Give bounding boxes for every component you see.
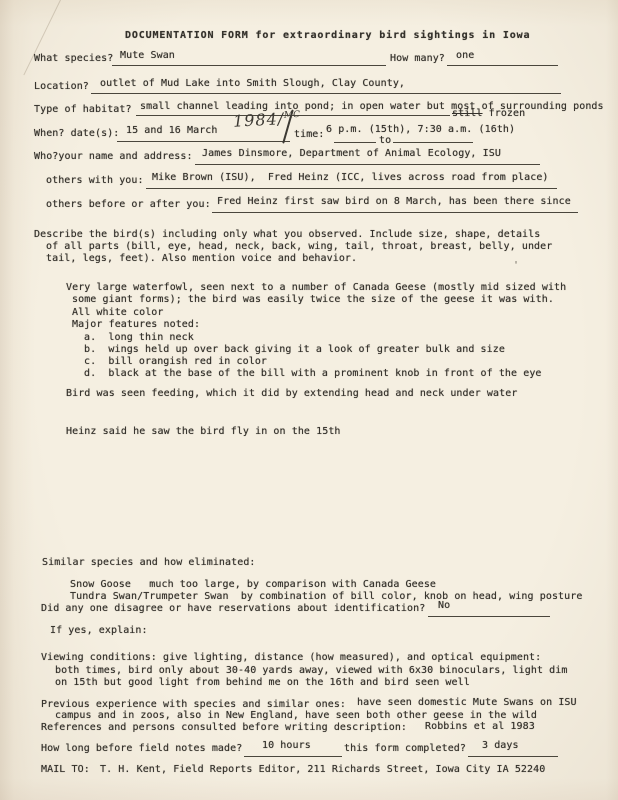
time-label: time:: [294, 129, 325, 140]
form-title: DOCUMENTATION FORM for extraordinary bir…: [125, 30, 530, 41]
field-notes-value: 10 hours: [262, 740, 311, 751]
habitat-value-overflow: still frozen: [452, 108, 525, 119]
date-value: 15 and 16 March: [126, 125, 218, 136]
time-to-label: to: [379, 135, 391, 146]
others-with-you-label: others with you:: [46, 175, 144, 186]
description-feature-a: a. long thin neck: [84, 332, 194, 343]
who-underline: [195, 164, 540, 165]
others-with-you-value: Mike Brown (ISU), Fred Heinz (ICC, lives…: [152, 172, 549, 183]
habitat-overflow-word: frozen: [483, 108, 526, 119]
when-label: When? date(s):: [34, 128, 119, 139]
species-value: Mute Swan: [120, 50, 175, 61]
field-notes-label: How long before field notes made?: [41, 743, 242, 754]
similar-species-line-1: Snow Goose much too large, by comparison…: [70, 579, 436, 590]
time-value: 6 p.m. (15th), 7:30 a.m. (16th): [326, 124, 515, 135]
others-before-after-value: Fred Heinz first saw bird on 8 March, ha…: [217, 196, 571, 207]
others-before-after-label: others before or after you:: [46, 199, 211, 210]
form-completed-underline: [468, 756, 558, 757]
describe-prompt-line-1: Describe the bird(s) including only what…: [34, 229, 540, 240]
description-features-heading: Major features noted:: [72, 319, 200, 330]
field-notes-underline: [244, 756, 342, 757]
habitat-label: Type of habitat?: [34, 104, 132, 115]
references-value: Robbins et al 1983: [425, 721, 535, 732]
date-underline: [117, 141, 290, 142]
disagree-value: No: [438, 600, 450, 611]
how-many-value: one: [456, 50, 474, 61]
references-label: References and persons consulted before …: [41, 722, 407, 733]
description-feature-b: b. wings held up over back giving it a l…: [84, 344, 505, 355]
describe-prompt-line-3: tail, legs, feet). Also mention voice an…: [46, 253, 357, 264]
handwritten-year: 1984/: [233, 109, 285, 131]
who-value: James Dinsmore, Department of Animal Eco…: [202, 148, 501, 159]
ink-speck: ': [513, 260, 519, 271]
experience-value-line-2: campus and in zoos, also in New England,…: [55, 710, 537, 721]
habitat-value: small channel leading into pond; in open…: [140, 101, 604, 112]
description-heinz-note: Heinz said he saw the bird fly in on the…: [66, 426, 341, 437]
similar-species-line-2: Tundra Swan/Trumpeter Swan by combinatio…: [70, 591, 582, 602]
location-label: Location?: [34, 81, 89, 92]
location-value: outlet of Mud Lake into Smith Slough, Cl…: [100, 78, 405, 89]
disagree-label: Did any one disagree or have reservation…: [41, 603, 425, 614]
paper-crease: [23, 0, 62, 75]
species-underline: [112, 65, 386, 66]
mail-to-value: T. H. Kent, Field Reports Editor, 211 Ri…: [100, 764, 545, 775]
if-yes-label: If yes, explain:: [50, 625, 148, 636]
experience-label: Previous experience with species and sim…: [41, 699, 346, 710]
mail-to-label: MAIL TO:: [41, 764, 90, 775]
form-completed-label: this form completed?: [344, 743, 466, 754]
documentation-form-page: DOCUMENTATION FORM for extraordinary bir…: [0, 0, 618, 800]
others-with-you-underline: [146, 188, 557, 189]
viewing-conditions-label: Viewing conditions: give lighting, dista…: [41, 652, 541, 663]
how-many-label: How many?: [390, 53, 445, 64]
how-many-underline: [447, 65, 558, 66]
description-feature-d: d. black at the base of the bill with a …: [84, 368, 542, 379]
form-completed-value: 3 days: [482, 740, 519, 751]
disagree-underline: [428, 616, 550, 617]
description-line-2: some giant forms); the bird was easily t…: [72, 294, 554, 305]
describe-prompt-line-2: of all parts (bill, eye, head, neck, bac…: [46, 241, 552, 252]
time-underline-2: [393, 142, 473, 143]
time-underline-1: [334, 142, 376, 143]
description-feature-c: c. bill orangish red in color: [84, 356, 267, 367]
description-feeding-note: Bird was seen feeding, which it did by e…: [66, 388, 517, 399]
who-label: Who?your name and address:: [34, 151, 193, 162]
habitat-overflow-struck-word: still: [452, 108, 483, 119]
similar-species-label: Similar species and how eliminated:: [42, 557, 256, 568]
viewing-conditions-line-1: both times, bird only about 30-40 yards …: [55, 665, 567, 676]
others-before-after-underline: [212, 212, 578, 213]
experience-value-line-1: have seen domestic Mute Swans on ISU: [357, 697, 577, 708]
species-label: What species?: [34, 53, 113, 64]
viewing-conditions-line-2: on 15th but good light from behind me on…: [55, 677, 470, 688]
description-line-3: All white color: [72, 307, 164, 318]
description-line-1: Very large waterfowl, seen next to a num…: [66, 282, 566, 293]
location-underline: [91, 93, 561, 94]
